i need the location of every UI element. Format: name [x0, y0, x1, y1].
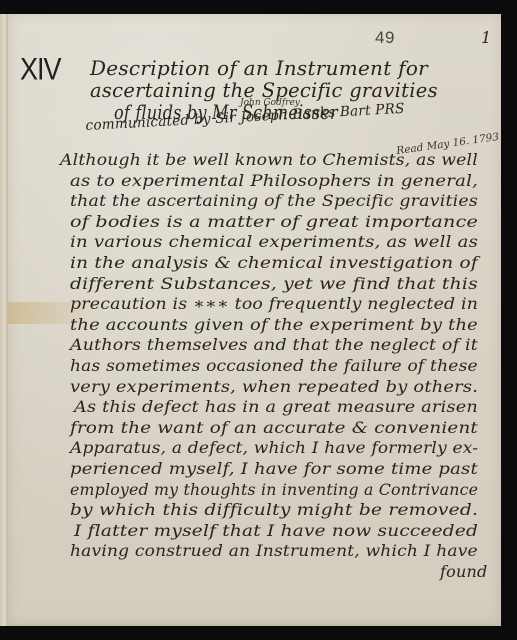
body-line-12: very experiments, when repeated by other…	[70, 377, 478, 396]
body-line-11: has sometimes occasioned the failure of …	[70, 356, 478, 375]
body-line-3: that the ascertaining of the Specific gr…	[70, 191, 478, 210]
body-line-14: from the want of an accurate & convenien…	[70, 418, 478, 437]
body-line-1: Although it be well known to Chemists, a…	[60, 150, 478, 169]
body-line-19: I flatter myself that I have now succeed…	[74, 521, 478, 540]
body-line-5: in various chemical experiments, as well…	[70, 232, 478, 251]
manuscript-page: 49 1 XIV Description of an Instrument fo…	[8, 14, 501, 626]
body-line-9: the accounts given of the experiment by …	[70, 315, 478, 334]
body-line-21: found	[440, 562, 487, 581]
body-line-16: perienced myself, I have for some time p…	[70, 459, 478, 478]
manuscript-viewer: 49 1 XIV Description of an Instrument fo…	[0, 0, 517, 640]
body-line-2: as to experimental Philosophers in gener…	[70, 171, 478, 190]
body-line-20: having construed an Instrument, which I …	[70, 541, 478, 560]
body-line-6: in the analysis & chemical investigation…	[70, 253, 478, 272]
body-line-4: of bodies is a matter of great importanc…	[70, 212, 478, 231]
title-line-1: Description of an Instrument for	[90, 56, 428, 80]
body-line-17: employed my thoughts in inventing a Cont…	[70, 480, 478, 499]
body-line-10: Authors themselves and that the neglect …	[70, 335, 478, 354]
body-line-13: As this defect has in a great measure ar…	[74, 397, 478, 416]
body-line-8: precaution is ∗∗∗ too frequently neglect…	[70, 294, 478, 313]
page-number: 49	[375, 28, 395, 48]
body-line-18: by which this difficulty might be remove…	[70, 500, 478, 519]
body-line-15: Apparatus, a defect, which I have former…	[70, 438, 478, 457]
section-number: XIV	[20, 52, 61, 88]
body-line-7: different Substances, yet we find that t…	[70, 274, 478, 293]
folio-mark: 1	[481, 28, 491, 47]
